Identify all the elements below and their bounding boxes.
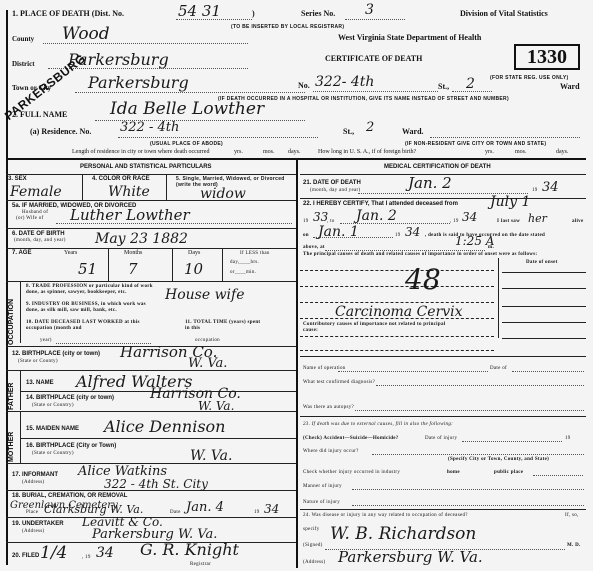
injury-date-label: Date of injury: [425, 436, 457, 441]
registrar-signature: G. R. Knight: [140, 540, 239, 559]
m-label: m.: [488, 245, 494, 250]
public-place-label: public place: [494, 470, 523, 475]
filed-year: 34: [96, 545, 114, 561]
residence-ward-label: Ward.: [402, 127, 424, 136]
series-no: 3: [365, 2, 374, 18]
last-saw-pronoun: her: [528, 212, 547, 225]
district-label: District: [12, 60, 35, 68]
external-causes-label: 23. If death was due to external causes,…: [303, 422, 453, 427]
place-of-death-label: 1. PLACE OF DEATH (Dist. No.: [12, 9, 124, 18]
on-label: on: [303, 233, 309, 238]
county-label: County: [12, 35, 34, 43]
burial-date-label: Date: [170, 510, 181, 515]
birthplace-label: 12. BIRTHPLACE (city or town): [12, 351, 100, 357]
check-where-label: Check whether injury occurred in industr…: [303, 470, 400, 475]
length-days: days.: [288, 149, 301, 155]
dist-no: 54 31: [178, 2, 221, 20]
home-label: home: [447, 470, 460, 475]
less-than-label: If LESS than: [240, 251, 270, 256]
occupation-related-label: 24. Was disease or injury in any way rel…: [303, 513, 468, 518]
age-days-value: 10: [184, 260, 203, 278]
contributory-label: Contributory causes of importance not re…: [303, 322, 453, 334]
undertaker-label: 19. UNDERTAKER: [12, 521, 64, 527]
foreign-birth-label: How long in U. S. A., if of foreign birt…: [318, 149, 416, 155]
state-number-box: 1330: [514, 44, 580, 70]
mother-side-label: MOTHER: [8, 432, 15, 462]
specify-label: specify: [303, 527, 320, 532]
foreign-yrs: yrs.: [485, 149, 494, 155]
above-at-label: above, at: [303, 245, 325, 250]
industry-label: 9. INDUSTRY OR BUSINESS, in which work w…: [26, 302, 156, 314]
last-saw-year: 34: [405, 225, 420, 239]
wife-of-label: (or) Wife of: [16, 216, 43, 221]
local-registrar-note: (TO BE INSERTED BY LOCAL REGISTRAR): [231, 24, 344, 30]
cause-code: 48: [405, 263, 441, 296]
dob-label: 6. DATE OF BIRTH: [12, 231, 65, 237]
color-value: White: [108, 184, 150, 200]
age-years-label: Years: [64, 250, 77, 256]
residence-value: 322 - 4th: [120, 120, 179, 135]
physician-address: Parkersburg W. Va.: [338, 548, 483, 566]
residence-st-label: St.,: [343, 127, 354, 136]
town-value: Parkersburg: [88, 73, 189, 92]
from-year: 33: [313, 210, 328, 224]
certificate-title: CERTIFICATE OF DEATH: [325, 54, 422, 63]
length-mos: mos.: [263, 149, 275, 155]
undertaker-address-label: (Address): [22, 529, 44, 534]
length-yrs: yrs.: [234, 149, 243, 155]
specify-note: (Specify City or Town, County, and State…: [448, 457, 549, 462]
signed-label: (Signed): [303, 543, 323, 548]
medical-section-title: MEDICAL CERTIFICATION OF DEATH: [384, 164, 491, 170]
informant-address: 322 - 4th St. City: [104, 477, 208, 491]
ward-value: 2: [466, 76, 475, 92]
dod-sublabel: (month, day and year): [310, 188, 360, 193]
operation-date-label: Date of: [490, 366, 507, 371]
left-border: [6, 10, 8, 565]
department-label: West Virginia State Department of Health: [338, 33, 481, 42]
division-label: Division of Vital Statistics: [460, 9, 548, 18]
age-years-value: 51: [78, 260, 97, 278]
age-months-value: 7: [128, 260, 138, 278]
alive-label: alive: [572, 219, 584, 224]
spouse-value: Luther Lowther: [70, 206, 190, 224]
causes-label: The principal causes of death and relate…: [303, 252, 537, 257]
dod-label: 21. DATE OF DEATH: [303, 180, 361, 186]
full-name-value: Ida Belle Lowther: [110, 99, 264, 119]
last-worked-label: 10. DATE DECEASED LAST WORKED at this oc…: [26, 320, 156, 332]
check-accident-label: (Check) Accident—Suicide—Homicide?: [303, 436, 399, 441]
dod-year: 34: [542, 180, 559, 195]
dist-close: ): [252, 9, 255, 18]
last-worked-year: year): [40, 338, 52, 343]
husband-of-label: Husband of: [22, 210, 48, 215]
dob-sublabel: (month, day, and year): [14, 238, 66, 243]
mother-birthplace-sublabel: (State or Country): [32, 451, 74, 456]
burial-date: Jan. 4: [186, 500, 224, 515]
burial-place-label: Place: [26, 510, 38, 515]
informant-address-label: (Address): [22, 480, 44, 485]
age-months-label: Months: [124, 250, 142, 256]
dod-year-prefix: 19: [532, 188, 538, 193]
to-year-prefix: , 19: [450, 219, 459, 224]
abode-note: (USUAL PLACE OF ABODE): [150, 141, 223, 147]
manner-injury-label: Manner of injury: [303, 484, 342, 489]
where-injury-label: Where did injury occur?: [303, 449, 359, 454]
test-label: What test confirmed diagnosis?: [303, 380, 375, 385]
dob-value: May 23 1882: [95, 231, 188, 247]
autopsy-label: Was there an autopsy?: [303, 405, 354, 410]
filed-date: 1/4: [40, 543, 67, 563]
to-year: 34: [462, 210, 477, 224]
death-certificate: 1. PLACE OF DEATH (Dist. No. 54 31 ) (TO…: [0, 0, 593, 571]
age-days-label: Days: [188, 250, 200, 256]
attended-from: July 1: [490, 194, 530, 210]
street-st-label: St.,: [438, 82, 449, 91]
ward-label: Ward: [560, 82, 580, 91]
maiden-name-value: Alice Dennison: [104, 417, 225, 436]
mother-birthplace-state: W. Va.: [190, 448, 232, 464]
birthplace-state: W. Va.: [188, 356, 227, 371]
injury-year-prefix: 19: [565, 436, 571, 441]
if-so-label: If, so,: [565, 513, 579, 518]
md-label: M. D.: [567, 543, 581, 548]
street-no-value: 322- 4th: [315, 74, 374, 90]
maiden-name-label: 15. MAIDEN NAME: [26, 426, 79, 432]
trade-label: 8. TRADE PROFESSION or particular kind o…: [26, 284, 156, 296]
birthplace-sublabel: (State or County): [18, 359, 58, 364]
registrar-label: Registrar: [190, 562, 211, 567]
state-reg-note: (FOR STATE REG. USE ONLY): [490, 75, 569, 81]
certify-label: 22. I HEREBY CERTIFY, That I attended de…: [303, 201, 458, 207]
father-birthplace-sublabel: (State or Country): [32, 403, 74, 408]
physician-address-label: (Address): [303, 560, 325, 565]
foreign-mos: mos.: [515, 149, 527, 155]
total-time-label: 11. TOTAL TIME (years) spent in this: [185, 320, 265, 332]
date-onset-label: Date of onset: [526, 260, 558, 265]
less-min-label: or____min.: [230, 270, 256, 275]
color-label: 4. COLOR OR RACE: [92, 176, 150, 182]
occupation-side-label: OCCUPATION: [8, 299, 15, 345]
less-hrs-label: day,____hrs.: [230, 260, 259, 265]
series-label: Series No.: [301, 9, 335, 18]
nonres-note: (IF NON-RESIDENT GIVE CITY OR TOWN AND S…: [405, 141, 546, 147]
trade-value: House wife: [165, 287, 245, 303]
foreign-days: days.: [556, 149, 569, 155]
residence-label: (a) Residence. No.: [30, 127, 91, 136]
center-divider: [296, 158, 298, 568]
physician-signature: W. B. Richardson: [330, 524, 476, 544]
mother-birthplace-label: 16. BIRTHPLACE (City or Town): [26, 443, 116, 449]
street-no-label: No.: [298, 81, 310, 90]
nature-injury-label: Nature of injury: [303, 500, 340, 505]
father-side-label: FATHER: [8, 383, 15, 410]
burial-year: 34: [264, 502, 279, 516]
personal-section-title: PERSONAL AND STATISTICAL PARTICULARS: [80, 164, 212, 170]
burial-year-prefix: 19: [254, 510, 260, 515]
full-name-label: 2. FULL NAME: [12, 110, 67, 119]
sex-label: 3. SEX: [8, 176, 27, 182]
filed-label: 20. FILED: [12, 553, 39, 559]
father-name-label: 13. NAME: [26, 380, 54, 386]
age-label: 7. AGE: [12, 250, 31, 256]
burial-label: 18. BURIAL, CREMATION, OR REMOVAL: [12, 493, 127, 499]
residence-ward-value: 2: [366, 120, 374, 135]
attended-to: Jan. 2: [356, 208, 397, 224]
from-year-prefix: 19: [303, 219, 309, 224]
last-saw-year-prefix: 19: [395, 233, 401, 238]
father-birthplace-label: 14. BIRTHPLACE (city or town): [26, 395, 114, 401]
county-value: Wood: [62, 24, 110, 44]
dod-value: Jan. 2: [408, 174, 452, 192]
last-saw-label: I last saw: [497, 219, 520, 224]
filed-year-prefix: , 19: [82, 555, 91, 560]
sex-value: Female: [10, 184, 62, 200]
informant-label: 17. INFORMANT: [12, 472, 58, 478]
length-residence-label: Length of residence in city or town wher…: [72, 149, 209, 155]
